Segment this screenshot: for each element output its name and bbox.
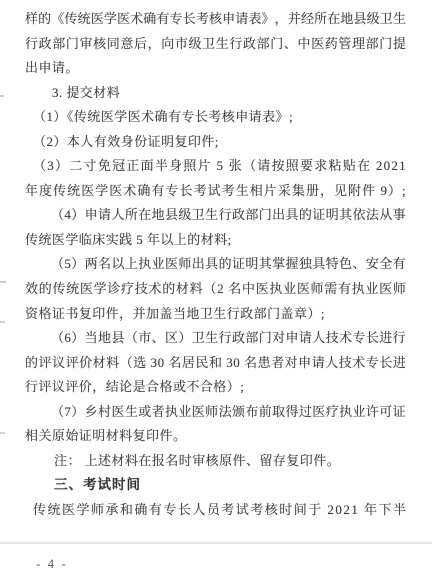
- scan-artifact: [0, 281, 6, 283]
- doc-line: 行评议评价，结论是合格或不合格）;: [25, 375, 406, 400]
- doc-line: 相关原始证明材料复印件。: [25, 424, 406, 449]
- doc-line-section-item: 3. 提交材料: [25, 81, 406, 106]
- doc-line-list-item: （2）本人有效身份证明复印件;: [25, 130, 406, 155]
- doc-line: 样的《传统医学医术确有专长考核申请表》，并经所在地县级卫生: [25, 7, 406, 32]
- doc-line: 效的传统医学诊疗技术的材料（2 名中医执业医师需有执业医师: [25, 277, 406, 302]
- doc-line: 行政部门审核同意后，向市级卫生行政部门、中医药管理部门提: [25, 32, 406, 57]
- doc-line-list-item: （1）《传统医学医术确有专长考核申请表》;: [25, 105, 406, 130]
- doc-section-heading: 三、考试时间: [25, 473, 406, 498]
- doc-line-note: 注： 上述材料在报名时审核原件、留存复印件。: [25, 449, 406, 474]
- doc-line-list-item: （6）当地县（市、区）卫生行政部门对申请人技术专长进行: [25, 326, 406, 351]
- doc-line: 年度传统医学医术确有专长考试考生相片采集册，见附件 9）;: [25, 179, 406, 204]
- document-page: 样的《传统医学医术确有专长考核申请表》，并经所在地县级卫生 行政部门审核同意后，…: [0, 0, 432, 582]
- page-number: - 4 -: [36, 556, 68, 572]
- doc-line: 的评议评价材料（选 30 名居民和 30 名患者对申请人技术专长进: [25, 351, 406, 376]
- doc-line-list-item: （7）乡村医生或者执业医师法颁布前取得过医疗执业许可证: [25, 400, 406, 425]
- doc-line-list-item: （5）两名以上执业医师出具的证明其掌握独具特色、安全有: [25, 252, 406, 277]
- doc-line-list-item: （4）申请人所在地县级卫生行政部门出具的证明其依法从事: [25, 203, 406, 228]
- doc-line: 资格证书复印件，并加盖当地卫生行政部门盖章）;: [25, 302, 406, 327]
- doc-line: 出申请。: [25, 56, 406, 81]
- doc-line-list-item: （3）二寸免冠正面半身照片 5 张（请按照要求粘贴在 2021: [25, 154, 406, 179]
- scan-artifact: [0, 432, 5, 434]
- scan-artifact: [0, 321, 5, 323]
- doc-line: 传统医学临床实践 5 年以上的材料;: [25, 228, 406, 253]
- footer-divider-line: [0, 542, 432, 544]
- document-text-block: 样的《传统医学医术确有专长考核申请表》，并经所在地县级卫生 行政部门审核同意后，…: [25, 7, 406, 522]
- doc-line: 传统医学师承和确有专长人员考试考核时间于 2021 年下半: [25, 498, 406, 523]
- scan-artifact: [0, 95, 4, 97]
